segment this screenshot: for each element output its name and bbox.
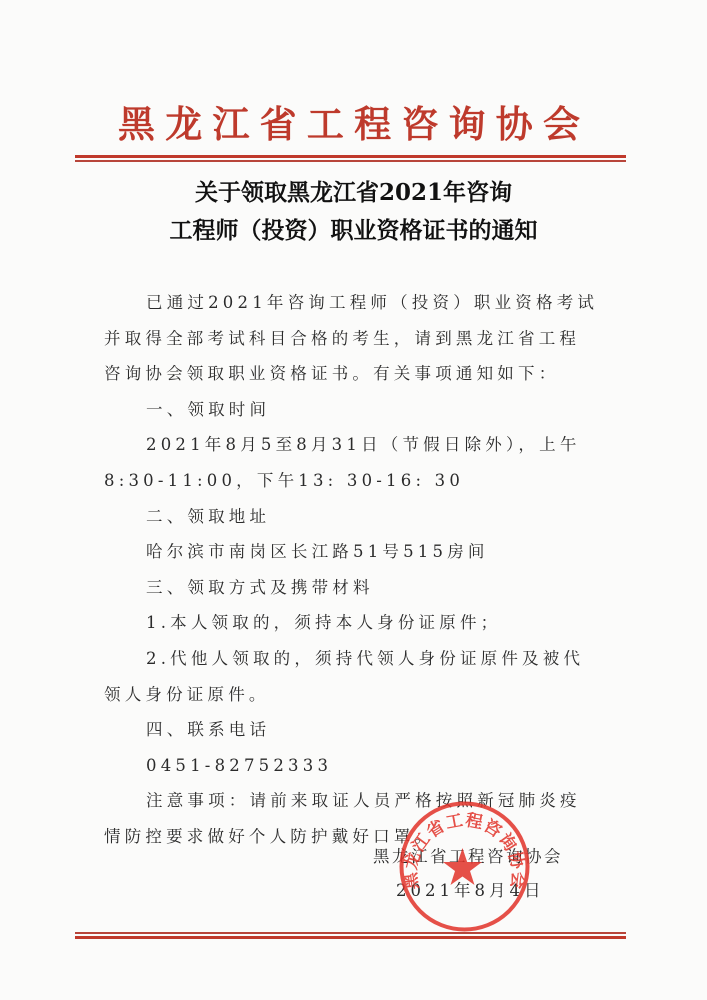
footer-divider [75,932,626,939]
intro-paragraph: 已通过2021年咨询工程师（投资）职业资格考试并取得全部考试科目合格的考生，请到… [104,285,600,392]
section-4-text: 0451-82752333 [104,748,600,784]
section-2-heading: 二、领取地址 [104,499,600,535]
star-icon [443,848,482,885]
letterhead-org-name: 黑 龙 江 省 工 程 咨 询 协 会 [118,100,580,148]
section-1-text: 2021年8月5至8月31日（节假日除外），上午8:30-11:00，下午13:… [104,427,600,498]
section-3-item-1: 1.本人领取的，须持本人身份证原件； [104,605,600,641]
section-1-heading: 一、领取时间 [104,392,600,428]
letterhead-char: 江 [212,100,249,148]
document-body: 已通过2021年咨询工程师（投资）职业资格考试并取得全部考试科目合格的考生，请到… [104,285,600,855]
letterhead-char: 咨 [401,100,438,148]
letterhead-char: 龙 [165,100,202,148]
letterhead-char: 程 [354,100,391,148]
letterhead-char: 工 [307,100,344,148]
document-title-line-2: 工程师（投资）职业资格证书的通知 [100,212,607,245]
letterhead-char: 会 [543,100,580,148]
letterhead-char: 协 [496,100,533,148]
section-3-heading: 三、领取方式及携带材料 [104,570,600,606]
header-divider [75,155,626,162]
section-2-text: 哈尔滨市南岗区长江路51号515房间 [104,534,600,570]
notice-document: 黑 龙 江 省 工 程 咨 询 协 会 关于领取黑龙江省2021年咨询 工程师（… [0,0,707,1000]
section-4-heading: 四、联系电话 [104,712,600,748]
official-seal-icon: 黑龙江省工程咨询协会 [398,800,531,933]
section-3-item-2: 2.代他人领取的，须持代领人身份证原件及被代领人身份证原件。 [104,641,600,712]
letterhead-char: 询 [449,100,486,148]
letterhead-char: 省 [260,100,297,148]
letterhead-char: 黑 [118,100,155,148]
document-title-line-1: 关于领取黑龙江省2021年咨询 [100,174,607,207]
